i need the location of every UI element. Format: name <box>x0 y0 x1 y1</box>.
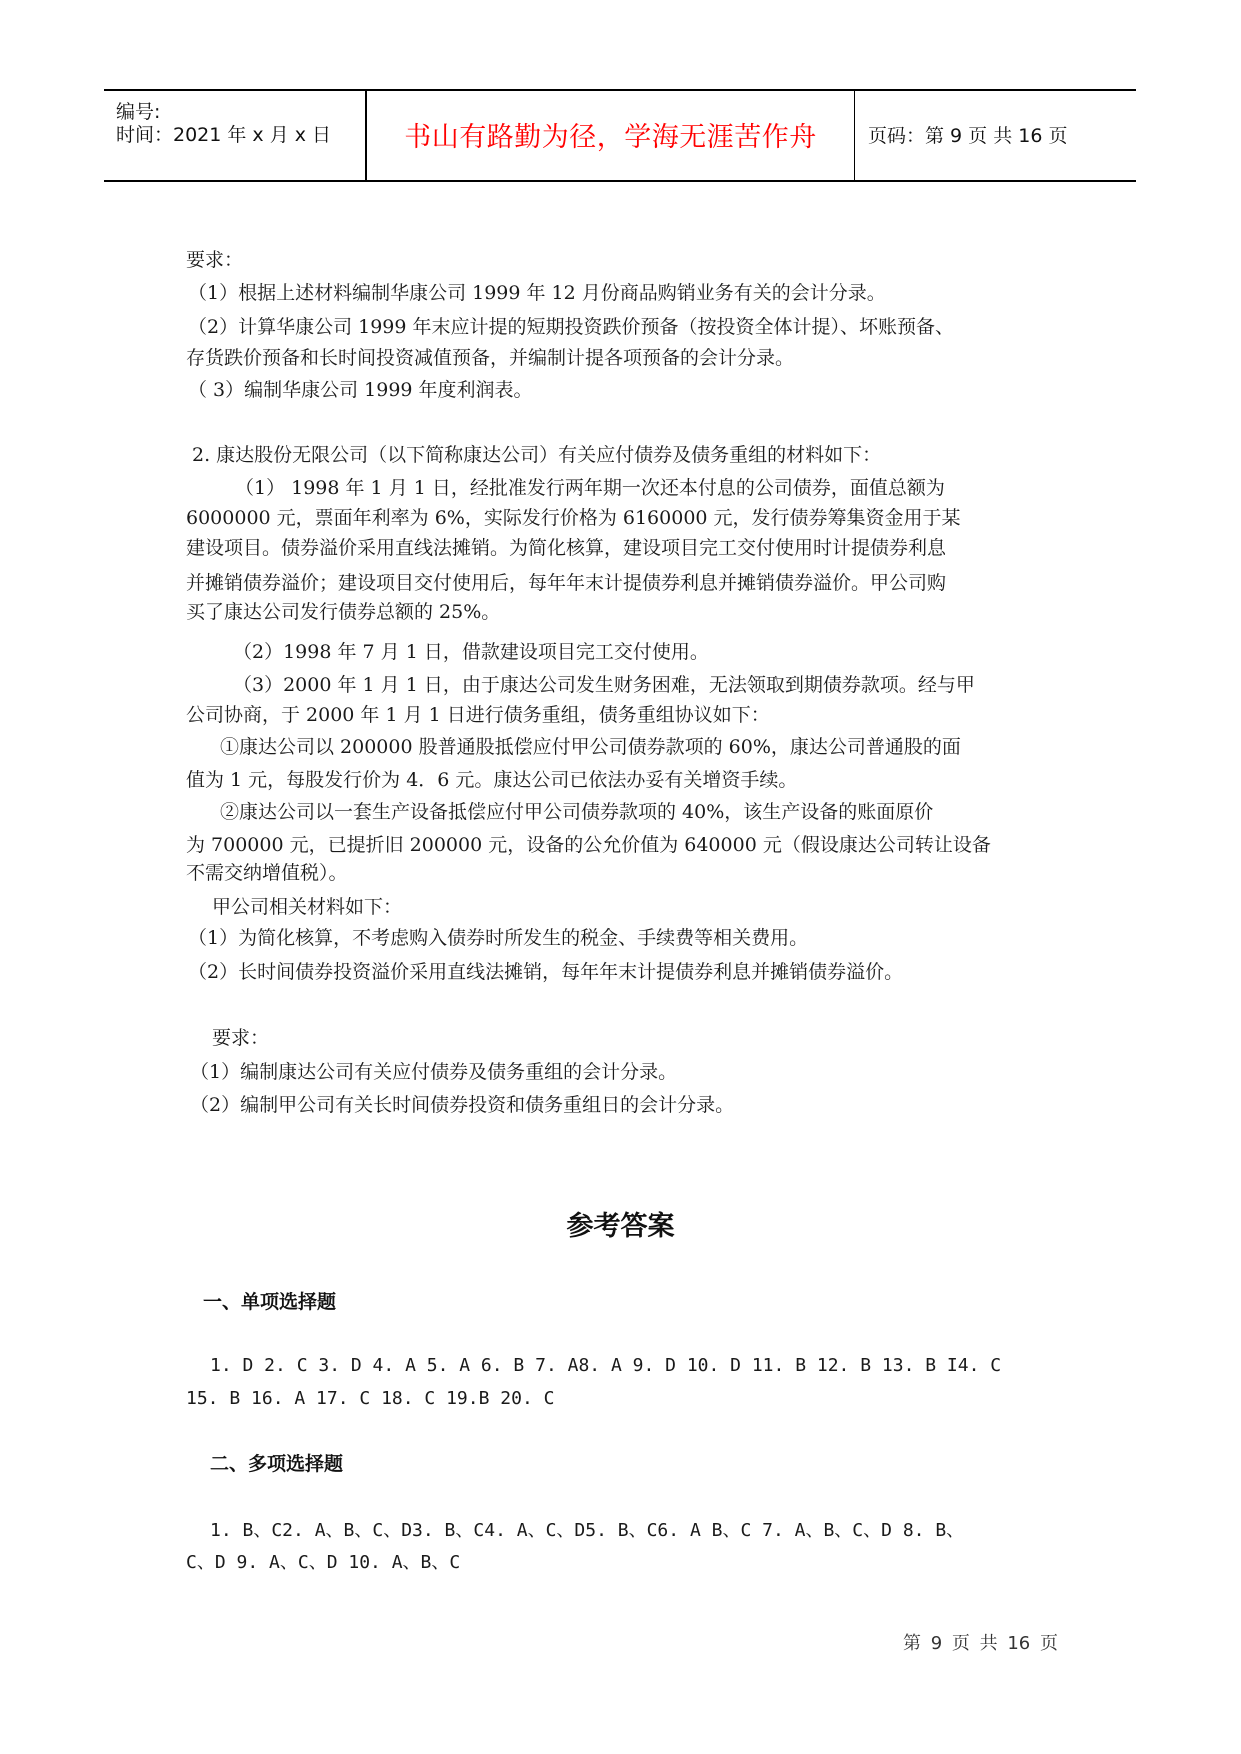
requirement-item: （1）编制康达公司有关应付债券及债务重组的会计分录。 <box>190 1060 677 1084</box>
header-page-cell: 页码：第 9 页 共 16 页 <box>855 91 1136 180</box>
answers-title: 参考答案 <box>0 1204 1241 1243</box>
header-slogan-cell: 书山有路勤为径，学海无涯苦作舟 <box>367 91 855 180</box>
question-line: ②康达公司以一套生产设备抵偿应付甲公司债券款项的 40%，该生产设备的账面原价 <box>220 800 933 824</box>
question-line: （1） 1998 年 1 月 1 日，经批准发行两年期一次还本付息的公司债券，面… <box>235 476 945 500</box>
single-choice-answers-line: 15. B 16. A 17. C 18. C 19.B 20. C <box>186 1388 554 1409</box>
question-line: （2）1998 年 7 月 1 日，借款建设项目完工交付使用。 <box>233 640 709 664</box>
header-meta-cell: 编号: 时间：2021 年 x 月 x 日 <box>104 91 367 180</box>
question-line: 公司协商，于 2000 年 1 月 1 日进行债务重组，债务重组协议如下： <box>186 703 770 727</box>
question-line: 建设项目。债券溢价采用直线法摊销。为简化核算，建设项目完工交付使用时计提债券利息 <box>186 536 946 560</box>
question-line: （3）2000 年 1 月 1 日，由于康达公司发生财务困难，无法领取到期债券款… <box>233 673 975 697</box>
requirement-item: 存货跌价预备和长时间投资减值预备，并编制计提各项预备的会计分录。 <box>186 346 794 370</box>
requirement-item: （2）编制甲公司有关长时间债券投资和债务重组日的会计分录。 <box>190 1093 734 1117</box>
document-page: 编号: 时间：2021 年 x 月 x 日 书山有路勤为径，学海无涯苦作舟 页码… <box>0 0 1241 1754</box>
multiple-choice-answers-line: C、D 9. A、C、D 10. A、B、C <box>186 1548 460 1574</box>
question-line: 6000000 元，票面年利率为 6%，实际发行价格为 6160000 元，发行… <box>186 506 961 530</box>
page-footer: 第 9 页 共 16 页 <box>903 1629 1058 1655</box>
single-choice-answers-line: 1. D 2. C 3. D 4. A 5. A 6. B 7. A8. A 9… <box>210 1355 1001 1376</box>
question-line: 买了康达公司发行债券总额的 25%。 <box>186 600 500 624</box>
question-2-intro: 2. 康达股份无限公司（以下简称康达公司）有关应付债券及债务重组的材料如下： <box>192 443 881 467</box>
header-page-info: 页码：第 9 页 共 16 页 <box>868 121 1067 148</box>
requirements-title: 要求： <box>186 248 243 272</box>
page-header-table: 编号: 时间：2021 年 x 月 x 日 书山有路勤为径，学海无涯苦作舟 页码… <box>104 89 1136 182</box>
question-line: 并摊销债券溢价；建设项目交付使用后，每年年末计提债券利息并摊销债券溢价。甲公司购 <box>186 571 946 595</box>
single-choice-heading: 一、单项选择题 <box>203 1287 336 1314</box>
question-line: （2）长时间债券投资溢价采用直线法摊销，每年年末计提债券利息并摊销债券溢价。 <box>188 960 903 984</box>
question-line: 甲公司相关材料如下： <box>212 895 402 919</box>
requirement-item: （1）根据上述材料编制华康公司 1999 年 12 月份商品购销业务有关的会计分… <box>188 281 886 305</box>
question-line: 为 700000 元，已提折旧 200000 元，设备的公允价值为 640000… <box>186 833 991 857</box>
question-line: ①康达公司以 200000 股普通股抵偿应付甲公司债券款项的 60%，康达公司普… <box>220 735 961 759</box>
question-line: 值为 1 元，每股发行价为 4．6 元。康达公司已依法办妥有关增资手续。 <box>186 768 797 792</box>
question-line: 不需交纳增值税）。 <box>186 861 348 885</box>
requirement-item: （ 3）编制华康公司 1999 年度利润表。 <box>188 378 533 402</box>
time-label: 时间：2021 年 x 月 x 日 <box>116 120 331 147</box>
header-slogan: 书山有路勤为径，学海无涯苦作舟 <box>367 115 854 154</box>
requirement-item: （2）计算华康公司 1999 年末应计提的短期投资跌价预备（按投资全体计提）、坏… <box>188 315 954 339</box>
requirements-title: 要求： <box>212 1026 269 1050</box>
multiple-choice-answers-line: 1. B、C2. A、B、C、D3. B、C4. A、C、D5. B、C6. A… <box>210 1516 964 1542</box>
multiple-choice-heading: 二、多项选择题 <box>210 1449 343 1476</box>
question-line: （1）为简化核算，不考虑购入债券时所发生的税金、手续费等相关费用。 <box>188 926 808 950</box>
